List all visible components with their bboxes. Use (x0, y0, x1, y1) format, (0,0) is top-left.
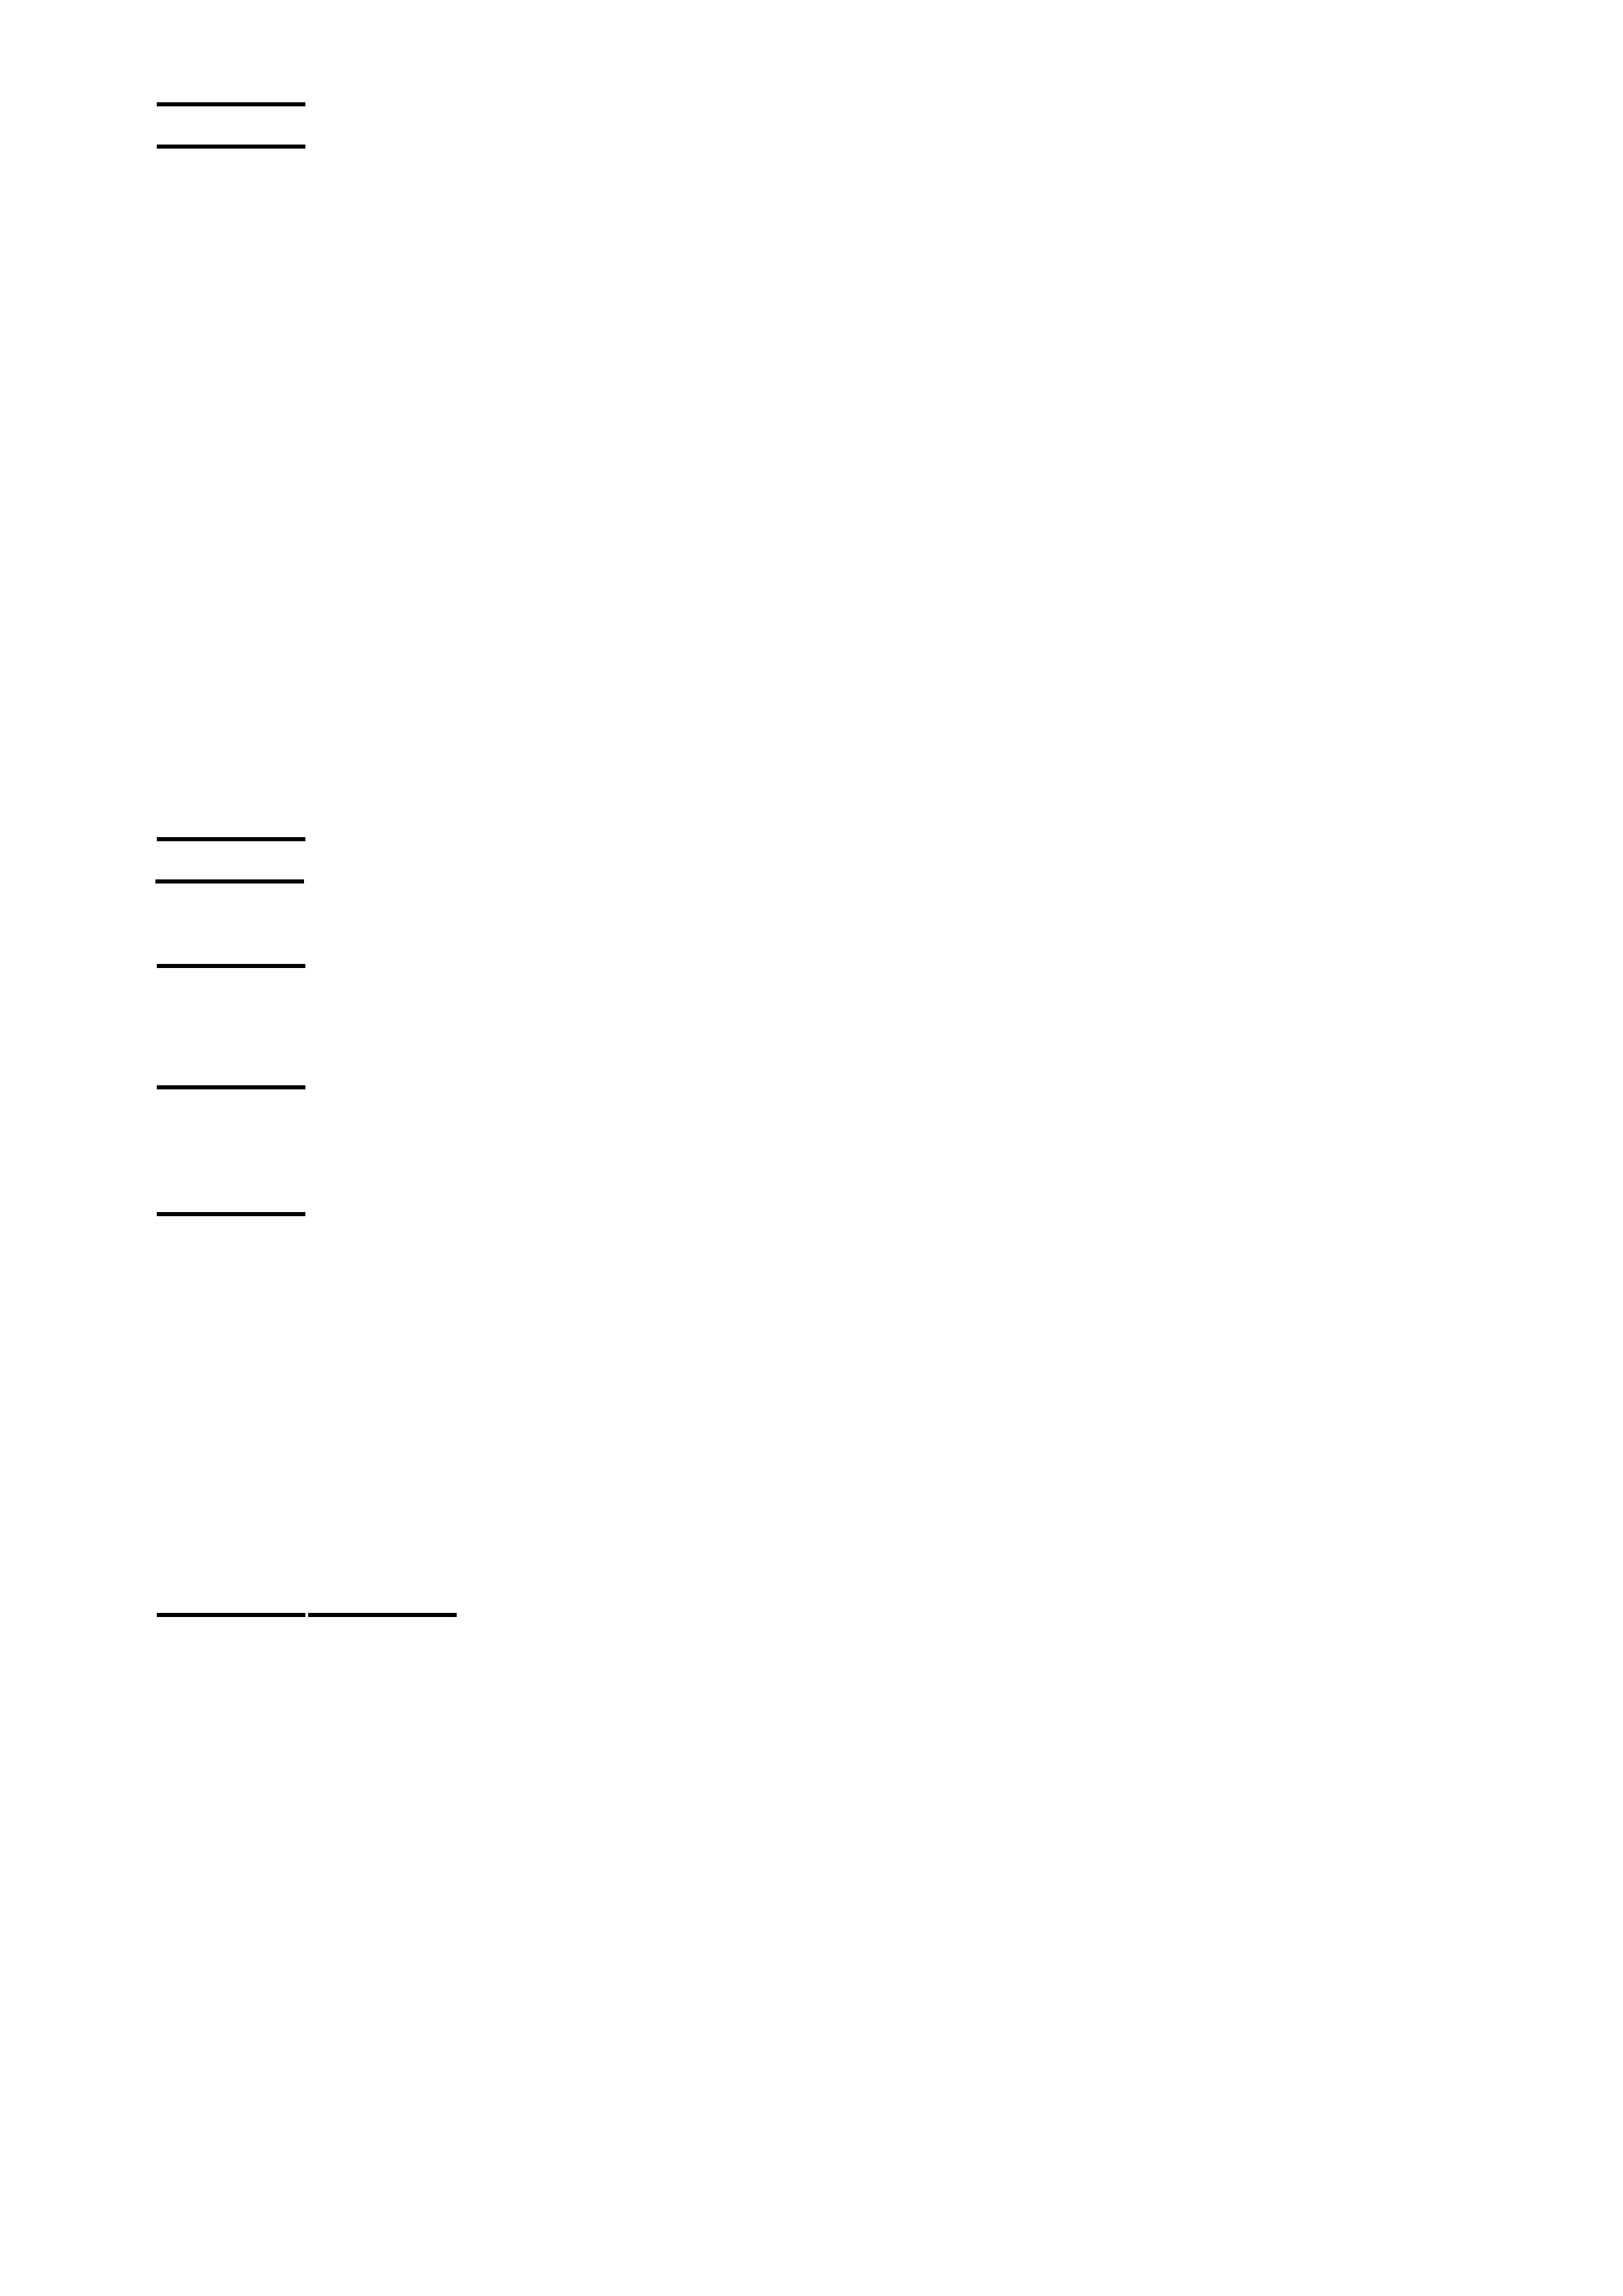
clause-31b-line (155, 395, 1549, 438)
fill-blank-company[interactable] (157, 72, 305, 106)
fill-blank-company[interactable] (155, 849, 304, 883)
clause-33-line (155, 1425, 1549, 1467)
section-heading-31 (155, 194, 1549, 237)
clause-34-line (155, 1625, 1549, 1667)
paragraph-line (155, 115, 1549, 157)
clause-32a-line (155, 976, 1549, 1018)
fill-blank-company[interactable] (157, 115, 305, 149)
clause-32a-line (155, 849, 1549, 892)
clause-31b-line (155, 438, 1549, 480)
section-heading-33 (155, 1303, 1549, 1346)
paragraph-line (155, 72, 1549, 115)
clause-32b-line (155, 1182, 1549, 1224)
fill-blank-company[interactable] (157, 807, 305, 841)
clause-31b-line (155, 564, 1549, 607)
clause-32a-line (155, 934, 1549, 976)
clause-31c-line (155, 728, 1549, 770)
clause-31b-line (155, 607, 1549, 649)
fill-blank-company[interactable] (157, 1583, 305, 1617)
clause-32b-line (155, 1098, 1549, 1140)
clause-33-line (155, 1383, 1549, 1425)
clause-31c-line (155, 686, 1549, 728)
clause-31b-line (155, 522, 1549, 564)
section-heading-35 (155, 1704, 1549, 1747)
fill-blank-company[interactable] (308, 1583, 457, 1617)
clause-32a-line (155, 892, 1549, 934)
clause-31a-line (155, 316, 1549, 359)
clause-32a-line (155, 807, 1549, 849)
document-page (0, 0, 1623, 2296)
clause-32b-line (155, 1140, 1549, 1182)
fill-blank-company[interactable] (157, 1182, 305, 1216)
clause-32b-line (155, 1224, 1549, 1267)
clause-31a-line (155, 274, 1549, 316)
clause-34-line (155, 1583, 1549, 1625)
fill-blank-company[interactable] (157, 1055, 305, 1089)
spacer (155, 1837, 1549, 1879)
clause-31b-line (155, 480, 1549, 522)
fill-blank-company[interactable] (157, 934, 305, 968)
clause-35-line (155, 1783, 1549, 1826)
section-heading-34 (155, 1504, 1549, 1546)
clause-32b-line (155, 1055, 1549, 1098)
